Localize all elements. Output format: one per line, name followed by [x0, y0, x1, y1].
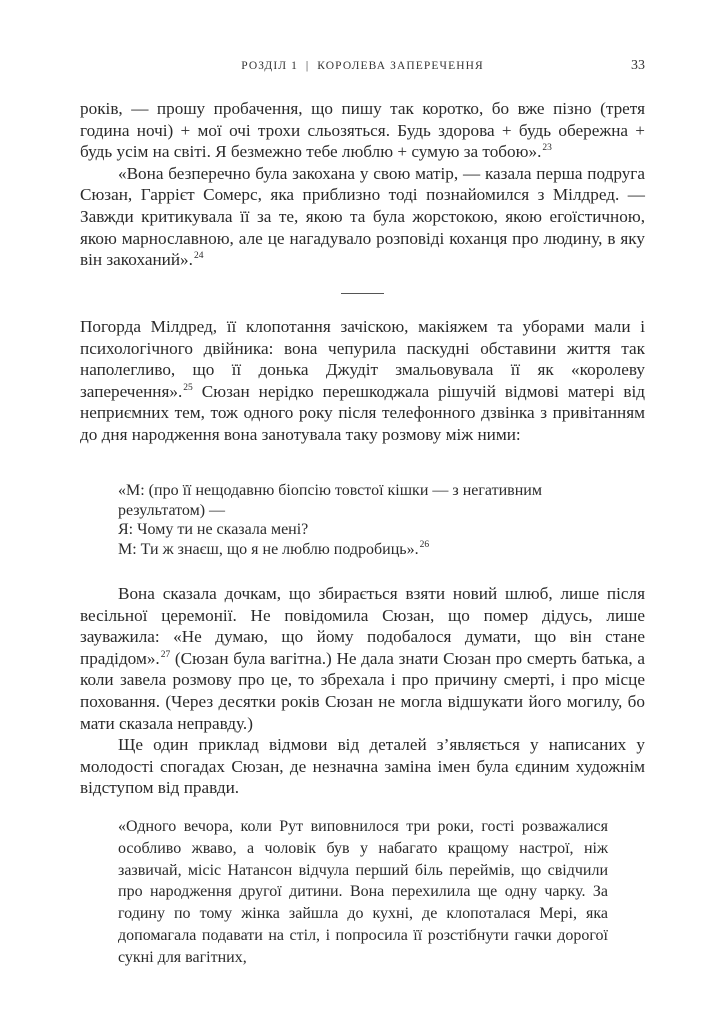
dialogue-quote: «М: (про її нещодавню біопсію товстої кі… [118, 481, 608, 559]
footnote-ref[interactable]: 27 [161, 650, 171, 660]
footnote-ref[interactable]: 24 [194, 251, 204, 261]
footnote-ref[interactable]: 26 [420, 540, 430, 550]
paragraph-text: (Сюзан була вагітна.) Не дала знати Сюза… [80, 649, 645, 733]
dialogue-line: «М: (про її нещодавню біопсію товстої кі… [118, 481, 608, 520]
paragraph-text: років, — прошу пробачення, що пишу так к… [80, 99, 645, 161]
section-separator [341, 293, 384, 294]
paragraph-letter-end: років, — прошу пробачення, що пишу так к… [80, 98, 645, 163]
footnote-ref[interactable]: 25 [183, 383, 193, 393]
paragraph-another-example: Ще один приклад відмови від деталей з’яв… [80, 734, 645, 799]
page-number: 33 [631, 58, 645, 74]
running-header: РОЗДІЛ 1 | КОРОЛЕВА ЗАПЕРЕЧЕННЯ 33 [80, 58, 645, 78]
memoir-quote: «Одного вечора, коли Рут виповнилося три… [118, 816, 608, 969]
paragraph-remarriage: Вона сказала дочкам, що збирається взяти… [80, 583, 645, 734]
dialogue-line-last: М: Ти ж знаєш, що я не люблю подробиць».… [118, 540, 608, 560]
section-1: років, — прошу пробачення, що пишу так к… [80, 98, 645, 271]
chapter-title: РОЗДІЛ 1 | КОРОЛЕВА ЗАПЕРЕЧЕННЯ [80, 60, 645, 72]
paragraph-text: «Вона безперечно була закохана у свою ма… [80, 164, 645, 269]
paragraph-queen-of-denial: Погорда Мілдред, її клопотання зачіскою,… [80, 316, 645, 446]
footnote-ref[interactable]: 23 [542, 143, 552, 153]
section-2-body: Вона сказала дочкам, що збирається взяти… [80, 583, 645, 799]
dialogue-line: Я: Чому ти не сказала мені? [118, 520, 608, 540]
section-2-intro: Погорда Мілдред, її клопотання зачіскою,… [80, 316, 645, 446]
memoir-quote-text: «Одного вечора, коли Рут виповнилося три… [118, 816, 608, 969]
paragraph-harriet-quote: «Вона безперечно була закохана у свою ма… [80, 163, 645, 271]
dialogue-text: М: Ти ж знаєш, що я не люблю подробиць». [118, 541, 419, 558]
